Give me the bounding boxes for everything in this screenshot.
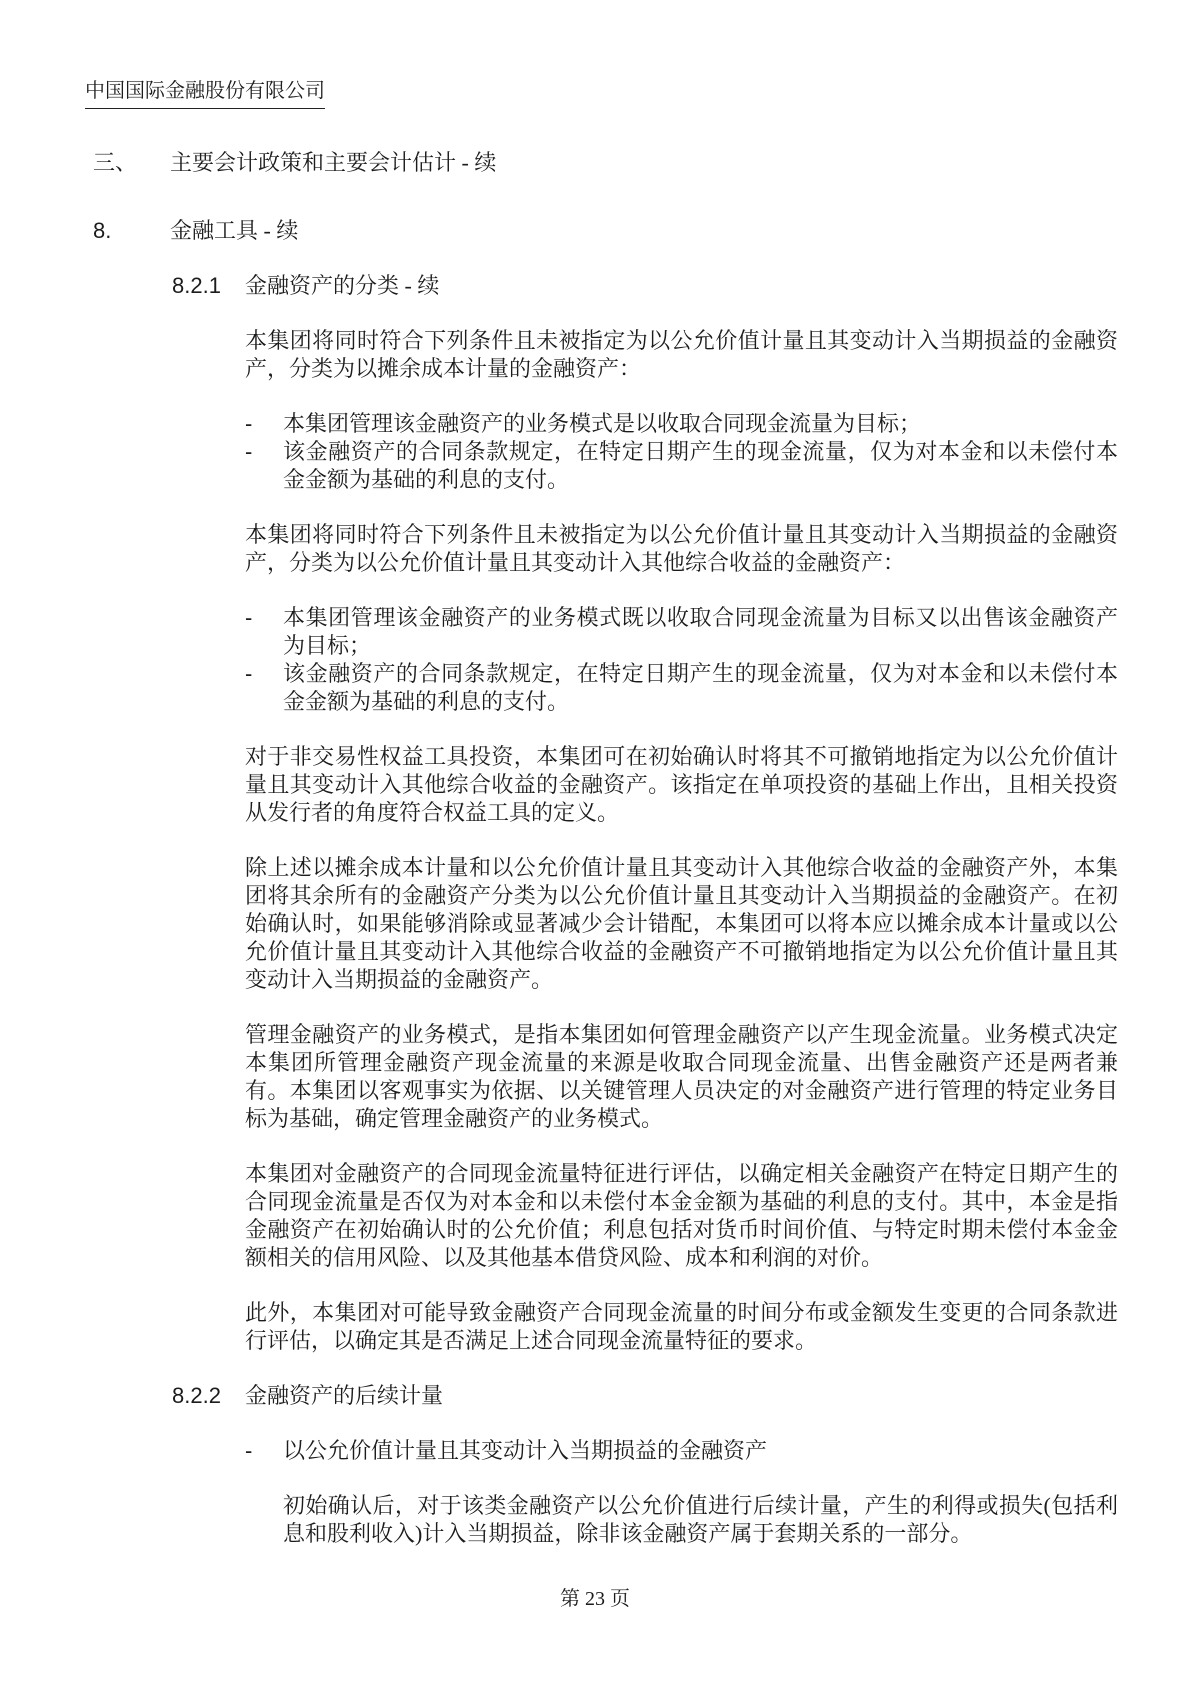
company-header-row: 中国国际金融股份有限公司 [85, 76, 1190, 109]
list-item: - 本集团管理该金融资产的业务模式既以收取合同现金流量为目标又以出售该金融资产为… [245, 604, 1118, 660]
item-number: 8. [93, 217, 170, 245]
subsection-number: 8.2.1 [172, 272, 245, 300]
bullet-dash: - [245, 604, 283, 660]
paragraph-cash-flow-characteristics: 本集团对金融资产的合同现金流量特征进行评估，以确定相关金融资产在特定日期产生的合… [245, 1160, 1118, 1272]
list-item: - 该金融资产的合同条款规定，在特定日期产生的现金流量，仅为对本金和以未偿付本金… [245, 438, 1118, 494]
bullet-dash: - [245, 660, 283, 716]
list-item: - 本集团管理该金融资产的业务模式是以收取合同现金流量为目标； [245, 410, 1118, 438]
subsection-number: 8.2.2 [172, 1382, 245, 1410]
item-heading: 8. 金融工具 - 续 [93, 217, 1190, 245]
paragraph-subsequent-measurement: 初始确认后，对于该类金融资产以公允价值进行后续计量，产生的利得或损失(包括利息和… [283, 1492, 1118, 1548]
list-item-text: 该金融资产的合同条款规定，在特定日期产生的现金流量，仅为对本金和以未偿付本金金额… [283, 438, 1118, 494]
subsection-heading-821: 8.2.1 金融资产的分类 - 续 [172, 272, 1190, 300]
list-item-text: 以公允价值计量且其变动计入当期损益的金融资产 [283, 1437, 1118, 1465]
paragraph-contract-terms-assessment: 此外，本集团对可能导致金融资产合同现金流量的时间分布或金额发生变更的合同条款进行… [245, 1299, 1118, 1355]
subsection-heading-822: 8.2.2 金融资产的后续计量 [172, 1382, 1190, 1410]
list-item-text: 该金融资产的合同条款规定，在特定日期产生的现金流量，仅为对本金和以未偿付本金金额… [283, 660, 1118, 716]
fvoci-conditions-list: - 本集团管理该金融资产的业务模式既以收取合同现金流量为目标又以出售该金融资产为… [245, 604, 1118, 716]
bullet-dash: - [245, 410, 283, 438]
bullet-dash: - [245, 438, 283, 494]
subsection-title: 金融资产的后续计量 [245, 1382, 443, 1410]
section-title: 主要会计政策和主要会计估计 - 续 [170, 149, 496, 177]
section-heading: 三、 主要会计政策和主要会计估计 - 续 [93, 149, 1190, 177]
list-item-text: 本集团管理该金融资产的业务模式是以收取合同现金流量为目标； [283, 410, 1118, 438]
paragraph-equity-instruments: 对于非交易性权益工具投资，本集团可在初始确认时将其不可撤销地指定为以公允价值计量… [245, 743, 1118, 827]
list-item: - 以公允价值计量且其变动计入当期损益的金融资产 [245, 1437, 1118, 1465]
list-item-text: 本集团管理该金融资产的业务模式既以收取合同现金流量为目标又以出售该金融资产为目标… [283, 604, 1118, 660]
paragraph-fvtpl-classification: 除上述以摊余成本计量和以公允价值计量且其变动计入其他综合收益的金融资产外，本集团… [245, 854, 1118, 994]
section-number: 三、 [93, 149, 170, 177]
fvtpl-bullet: - 以公允价值计量且其变动计入当期损益的金融资产 [245, 1437, 1118, 1465]
page-number: 第 23 页 [0, 1585, 1190, 1613]
paragraph-fvoci-intro: 本集团将同时符合下列条件且未被指定为以公允价值计量且其变动计入当期损益的金融资产… [245, 521, 1118, 577]
bullet-dash: - [245, 1437, 283, 1465]
company-name: 中国国际金融股份有限公司 [85, 77, 325, 109]
item-title: 金融工具 - 续 [170, 217, 298, 245]
paragraph-amortized-intro: 本集团将同时符合下列条件且未被指定为以公允价值计量且其变动计入当期损益的金融资产… [245, 327, 1118, 383]
amortized-conditions-list: - 本集团管理该金融资产的业务模式是以收取合同现金流量为目标； - 该金融资产的… [245, 410, 1118, 494]
list-item: - 该金融资产的合同条款规定，在特定日期产生的现金流量，仅为对本金和以未偿付本金… [245, 660, 1118, 716]
paragraph-business-model: 管理金融资产的业务模式，是指本集团如何管理金融资产以产生现金流量。业务模式决定本… [245, 1021, 1118, 1133]
subsection-title: 金融资产的分类 - 续 [245, 272, 439, 300]
document-page: 中国国际金融股份有限公司 三、 主要会计政策和主要会计估计 - 续 8. 金融工… [0, 0, 1190, 1684]
